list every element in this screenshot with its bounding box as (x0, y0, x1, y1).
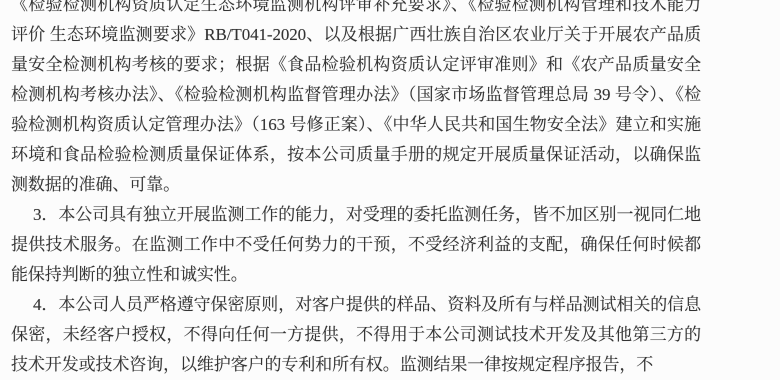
paragraph-clause-3-independence: 3．本公司具有独立开展监测工作的能力，对受理的委托监测任务，皆不加区别一视同仁地… (11, 200, 701, 290)
paragraph-clause-4-confidentiality: 4．本公司人员严格遵守保密原则，对客户提供的样品、资料及所有与样品测试相关的信息… (11, 290, 701, 380)
document-page: 《检验检测机构资质认定生态环境监测机构评审补充要求》、《检验检测机构管理和技术能… (11, 0, 701, 380)
paragraph-quality-system-basis: 《检验检测机构资质认定生态环境监测机构评审补充要求》、《检验检测机构管理和技术能… (11, 0, 701, 200)
